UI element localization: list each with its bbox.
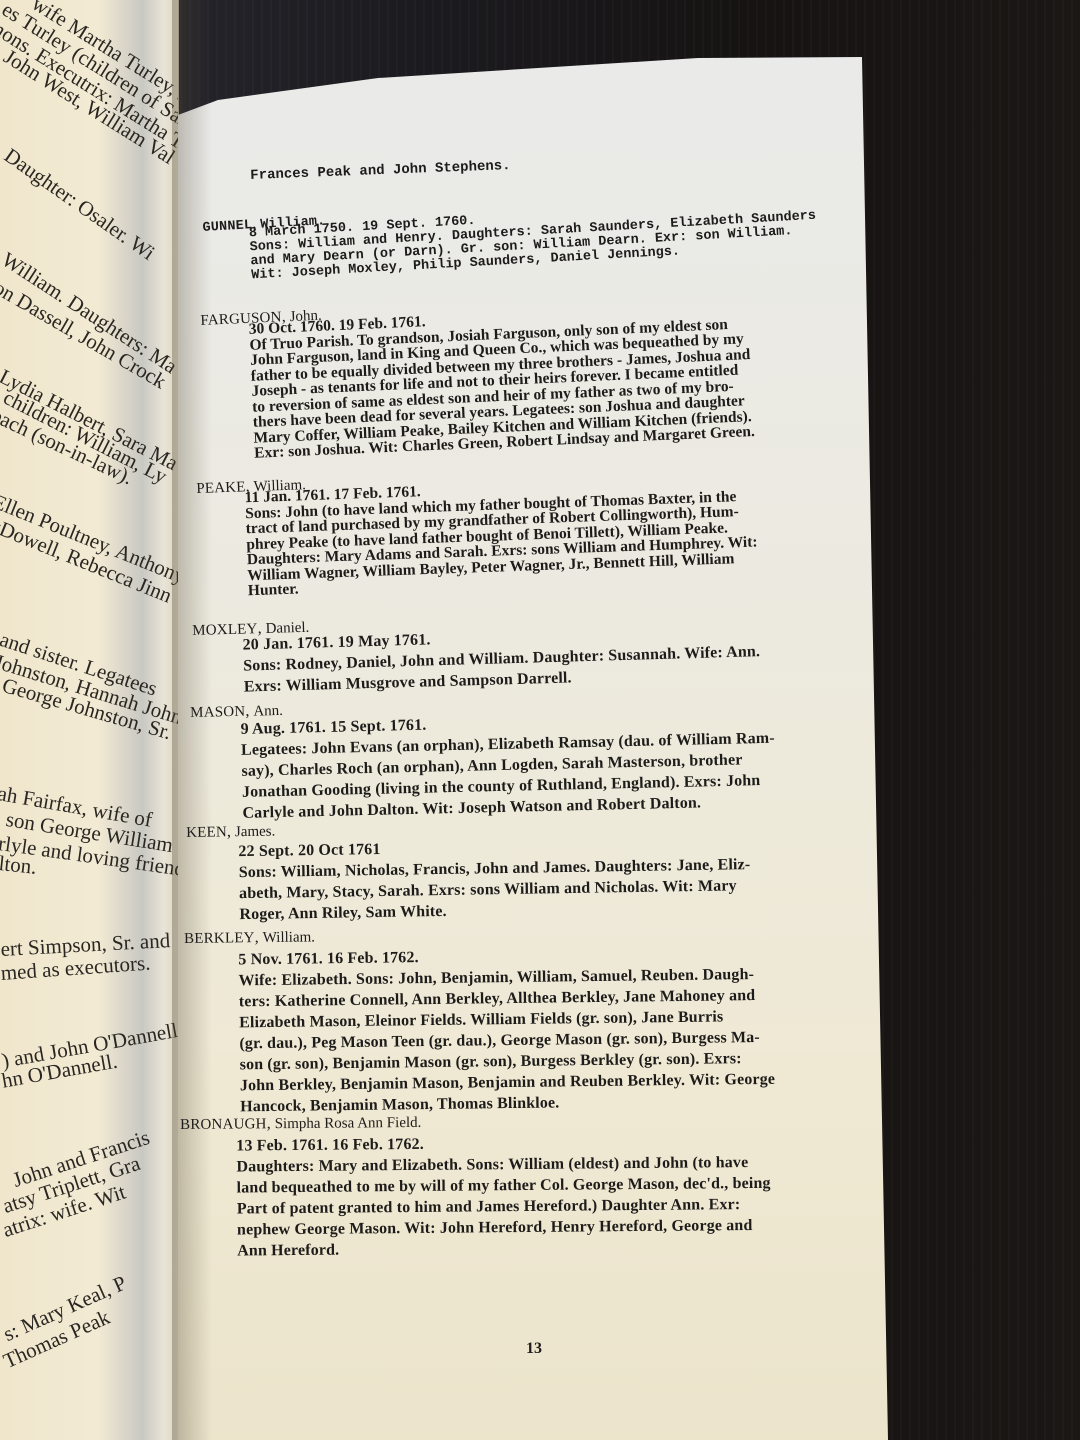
left-fragment: h. Daughter: Osaler. Wi (0, 132, 159, 264)
page-number: 13 (526, 1340, 542, 1358)
will-entry-moxley: MOXLEY, Daniel. 20 Jan. 1761. 19 May 176… (192, 606, 761, 699)
left-fragment: lton. (0, 852, 38, 878)
will-entry-berkley: BERKLEY, William. 5 Nov. 1761. 16 Feb. 1… (184, 923, 776, 1118)
entry-surname: PEAKE (196, 479, 246, 497)
will-entry-keen: KEEN, James. 22 Sept. 20 Oct 1761 Sons: … (186, 815, 751, 926)
entry-surname: MASON (190, 704, 246, 721)
will-entry-farguson: FARGUSON, John. 30 Oct. 1760. 19 Feb. 17… (200, 288, 755, 463)
continuation-line: Frances Peak and John Stephens. (250, 158, 511, 184)
entry-line: Ann Hereford. (237, 1236, 771, 1262)
will-entry-peake: PEAKE, William. 11 Jan. 1761. 17 Feb. 17… (196, 460, 759, 600)
entry-surname: BRONAUGH (180, 1116, 267, 1133)
will-entry-mason: MASON, Ann. 9 Aug. 1761. 15 Sept. 1761. … (190, 691, 776, 825)
entry-given-name: James. (235, 824, 276, 841)
page-content: Frances Peak and John Stephens. GUNNEL, … (178, 0, 898, 1440)
photo-scene: wife Martha Turley, Jam es Turley (child… (0, 0, 1080, 1440)
entry-given-name: Simpha Rosa Ann Field. (275, 1115, 422, 1132)
will-entry-gunnel: GUNNEL, William. 8 March 1750. 19 Sept. … (202, 184, 818, 286)
left-page: wife Martha Turley, Jam es Turley (child… (0, 0, 179, 1440)
entry-surname: BERKLEY (184, 930, 255, 947)
will-entry-bronaugh: BRONAUGH, Simpha Rosa Ann Field. 13 Feb.… (180, 1111, 771, 1262)
entry-surname: KEEN (186, 824, 227, 841)
entry-surname: GUNNEL (202, 218, 253, 236)
entry-given-name: William. (263, 929, 316, 946)
